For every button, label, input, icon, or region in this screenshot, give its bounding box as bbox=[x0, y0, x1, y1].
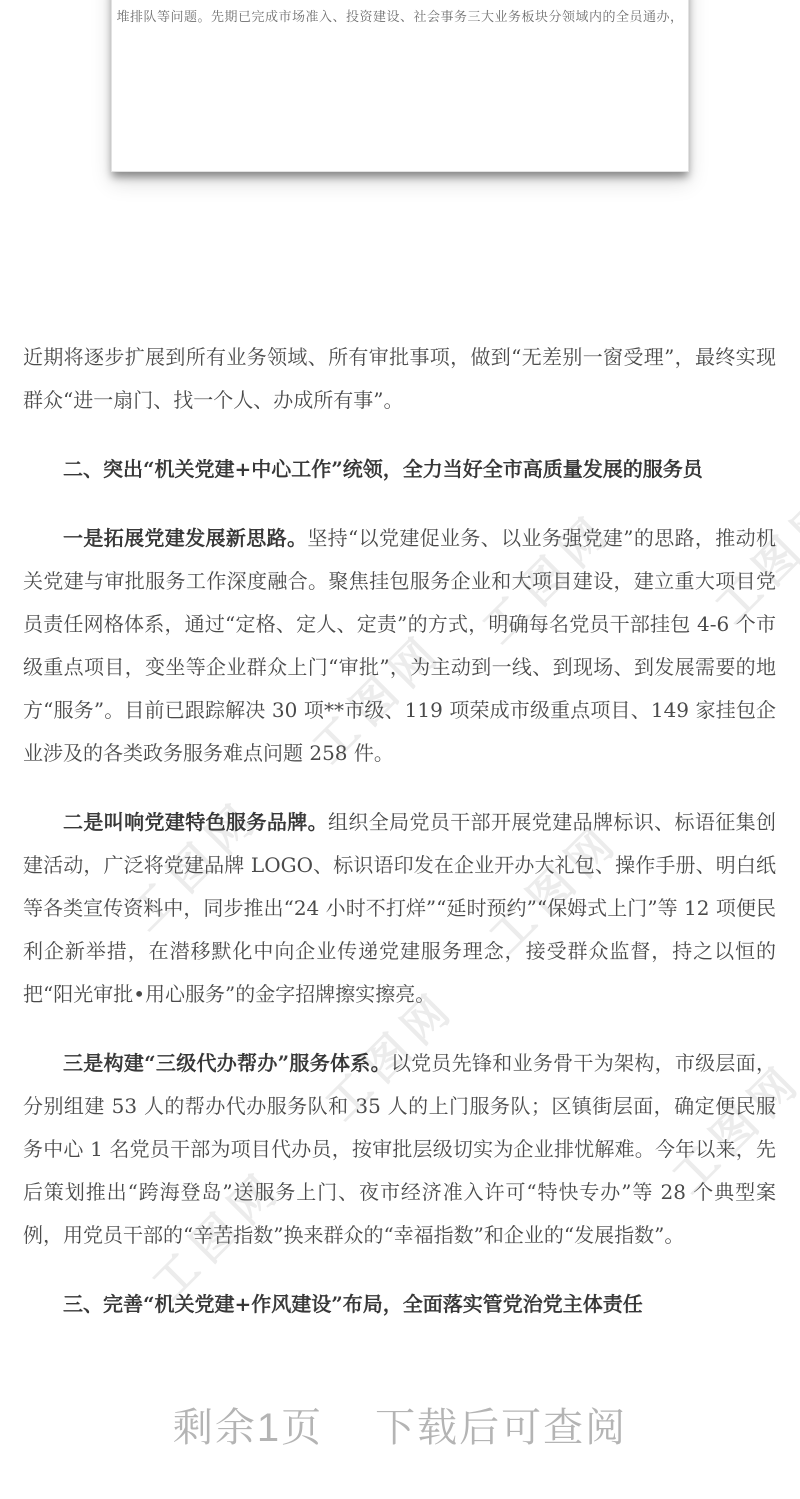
remaining-pages-notice: 剩余1页下载后可查阅 bbox=[0, 1396, 800, 1453]
section-heading: 三、完善“机关党建+作风建设”布局，全面落实管党治党主体责任 bbox=[23, 1283, 776, 1326]
document-preview-page: 堆排队等问题。先期已完成市场准入、投资建设、社会事务三大业务板块分领域内的全员通… bbox=[0, 0, 800, 1499]
previous-page-card: 堆排队等问题。先期已完成市场准入、投资建设、社会事务三大业务板块分领域内的全员通… bbox=[111, 0, 689, 172]
section-heading: 二、突出“机关党建+中心工作”统领，全力当好全市高质量发展的服务员 bbox=[23, 448, 776, 491]
download-to-view-hint: 下载后可查阅 bbox=[375, 1406, 627, 1450]
remaining-pages-count: 剩余1页 bbox=[173, 1406, 323, 1450]
paragraph-lead-in: 一是拓展党建发展新思路。 bbox=[63, 526, 307, 550]
previous-page-tail-text: 堆排队等问题。先期已完成市场准入、投资建设、社会事务三大业务板块分领域内的全员通… bbox=[112, 9, 688, 26]
paragraph-lead-in: 二是叫响党建特色服务品牌。 bbox=[63, 810, 328, 834]
body-paragraph: 一是拓展党建发展新思路。坚持“以党建促业务、以业务强党建”的思路，推动机关党建与… bbox=[23, 517, 776, 775]
document-body: 近期将逐步扩展到所有业务领域、所有审批事项，做到“无差别一窗受理”，最终实现群众… bbox=[23, 336, 776, 1352]
body-paragraph: 近期将逐步扩展到所有业务领域、所有审批事项，做到“无差别一窗受理”，最终实现群众… bbox=[23, 336, 776, 422]
body-paragraph: 二是叫响党建特色服务品牌。组织全局党员干部开展党建品牌标识、标语征集创建活动，广… bbox=[23, 801, 776, 1016]
paragraph-lead-in: 三是构建“三级代办帮办”服务体系。 bbox=[63, 1051, 391, 1075]
body-paragraph: 三是构建“三级代办帮办”服务体系。以党员先锋和业务骨干为架构，市级层面，分别组建… bbox=[23, 1042, 776, 1257]
